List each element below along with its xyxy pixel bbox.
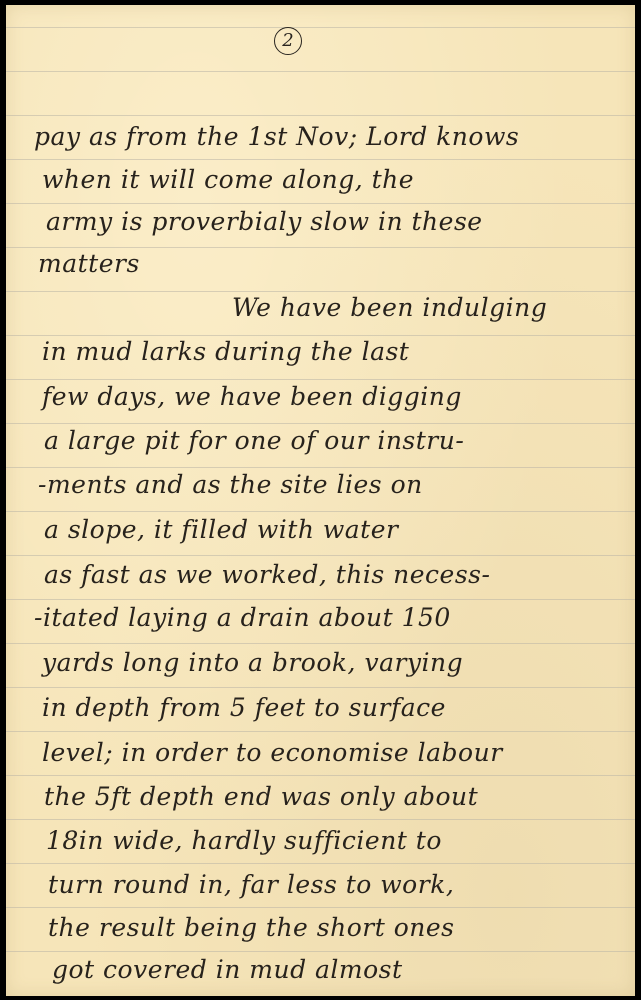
ruled-line bbox=[6, 731, 635, 732]
text-line: the result being the short ones bbox=[48, 913, 455, 942]
text-line: yards long into a brook, varying bbox=[42, 648, 463, 677]
ruled-line bbox=[6, 291, 635, 292]
ruled-line bbox=[6, 335, 635, 336]
ruled-line bbox=[6, 247, 635, 248]
text-line: in mud larks during the last bbox=[42, 337, 409, 366]
ruled-line bbox=[6, 203, 635, 204]
text-line: We have been indulging bbox=[232, 293, 547, 322]
ruled-line bbox=[6, 555, 635, 556]
ruled-line bbox=[6, 643, 635, 644]
letter-page: 2 pay as from the 1st Nov; Lord knows wh… bbox=[6, 5, 635, 996]
ruled-line bbox=[6, 599, 635, 600]
ruled-line bbox=[6, 27, 635, 28]
text-line: pay as from the 1st Nov; Lord knows bbox=[34, 122, 519, 151]
text-line: -ments and as the site lies on bbox=[38, 470, 423, 499]
text-line: matters bbox=[38, 249, 140, 278]
text-line: the 5ft depth end was only about bbox=[44, 782, 478, 811]
text-line: army is proverbialy slow in these bbox=[46, 207, 483, 236]
ruled-line bbox=[6, 687, 635, 688]
text-line: few days, we have been digging bbox=[42, 382, 462, 411]
ruled-line bbox=[6, 819, 635, 820]
ruled-line bbox=[6, 511, 635, 512]
text-line: got covered in mud almost bbox=[52, 955, 403, 984]
text-line: 18in wide, hardly sufficient to bbox=[46, 826, 442, 855]
text-line: a large pit for one of our instru- bbox=[44, 426, 464, 455]
ruled-line bbox=[6, 951, 635, 952]
ruled-line bbox=[6, 71, 635, 72]
text-line: as fast as we worked, this necess- bbox=[44, 560, 490, 589]
text-line: a slope, it filled with water bbox=[44, 515, 398, 544]
ruled-line bbox=[6, 115, 635, 116]
ruled-line bbox=[6, 423, 635, 424]
text-line: -itated laying a drain about 150 bbox=[34, 603, 451, 632]
ruled-line bbox=[6, 775, 635, 776]
text-line: in depth from 5 feet to surface bbox=[42, 693, 446, 722]
text-line: turn round in, far less to work, bbox=[48, 870, 454, 899]
text-line: level; in order to economise labour bbox=[42, 738, 503, 767]
ruled-line bbox=[6, 863, 635, 864]
ruled-line bbox=[6, 379, 635, 380]
ruled-line bbox=[6, 907, 635, 908]
text-line: when it will come along, the bbox=[42, 165, 414, 194]
ruled-line bbox=[6, 159, 635, 160]
ruled-line bbox=[6, 467, 635, 468]
page-number: 2 bbox=[274, 27, 302, 55]
